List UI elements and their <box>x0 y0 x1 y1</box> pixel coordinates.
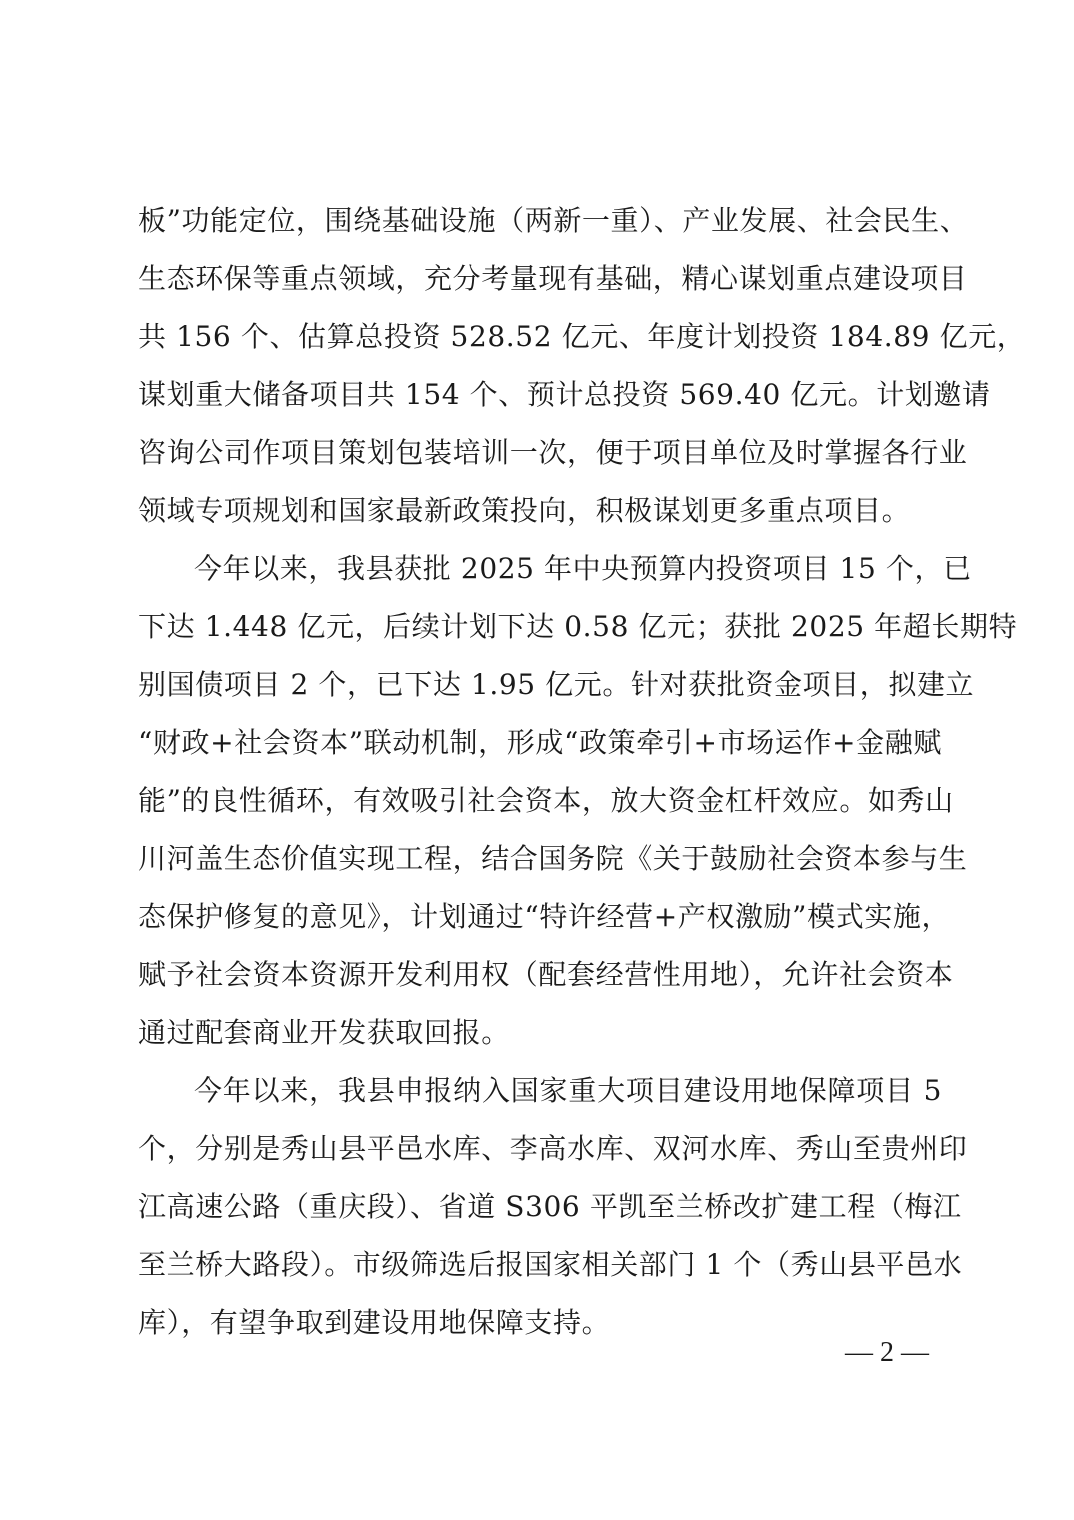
text-line: “财政+社会资本”联动机制，形成“政策牵引+市场运作+金融赋 <box>138 726 942 760</box>
document-page: 板”功能定位，围绕基础设施（两新一重）、产业发展、社会民生、 生态环保等重点领域… <box>0 0 1074 1520</box>
text-line: 别国债项目 2 个，已下达 1.95 亿元。针对获批资金项目，拟建立 <box>138 668 942 702</box>
text-line: 咨询公司作项目策划包装培训一次，便于项目单位及时掌握各行业 <box>138 436 942 470</box>
text-line: 今年以来，我县申报纳入国家重大项目建设用地保障项目 5 <box>194 1074 942 1108</box>
text-line: 板”功能定位，围绕基础设施（两新一重）、产业发展、社会民生、 <box>138 204 942 238</box>
text-line: 下达 1.448 亿元，后续计划下达 0.58 亿元；获批 2025 年超长期特 <box>138 610 942 644</box>
text-line: 江高速公路（重庆段）、省道 S306 平凯至兰桥改扩建工程（梅江 <box>138 1190 942 1224</box>
text-line: 今年以来，我县获批 2025 年中央预算内投资项目 15 个，已 <box>194 552 942 586</box>
text-line: 库），有望争取到建设用地保障支持。 <box>138 1306 942 1340</box>
text-line: 川河盖生态价值实现工程，结合国务院《关于鼓励社会资本参与生 <box>138 842 942 876</box>
text-line: 态保护修复的意见》，计划通过“特许经营+产权激励”模式实施， <box>138 900 942 934</box>
text-line: 能”的良性循环，有效吸引社会资本，放大资金杠杆效应。如秀山 <box>138 784 942 818</box>
text-line: 通过配套商业开发获取回报。 <box>138 1016 942 1050</box>
text-line: 赋予社会资本资源开发利用权（配套经营性用地），允许社会资本 <box>138 958 942 992</box>
text-line: 谋划重大储备项目共 154 个、预计总投资 569.40 亿元。计划邀请 <box>138 378 942 412</box>
text-line: 共 156 个、估算总投资 528.52 亿元、年度计划投资 184.89 亿元… <box>138 320 942 354</box>
text-line: 个，分别是秀山县平邑水库、李高水库、双河水库、秀山至贵州印 <box>138 1132 942 1166</box>
page-number: — 2 — <box>845 1336 929 1370</box>
text-line: 领域专项规划和国家最新政策投向，积极谋划更多重点项目。 <box>138 494 942 528</box>
text-line: 生态环保等重点领域，充分考量现有基础，精心谋划重点建设项目 <box>138 262 942 296</box>
text-line: 至兰桥大路段）。市级筛选后报国家相关部门 1 个（秀山县平邑水 <box>138 1248 942 1282</box>
